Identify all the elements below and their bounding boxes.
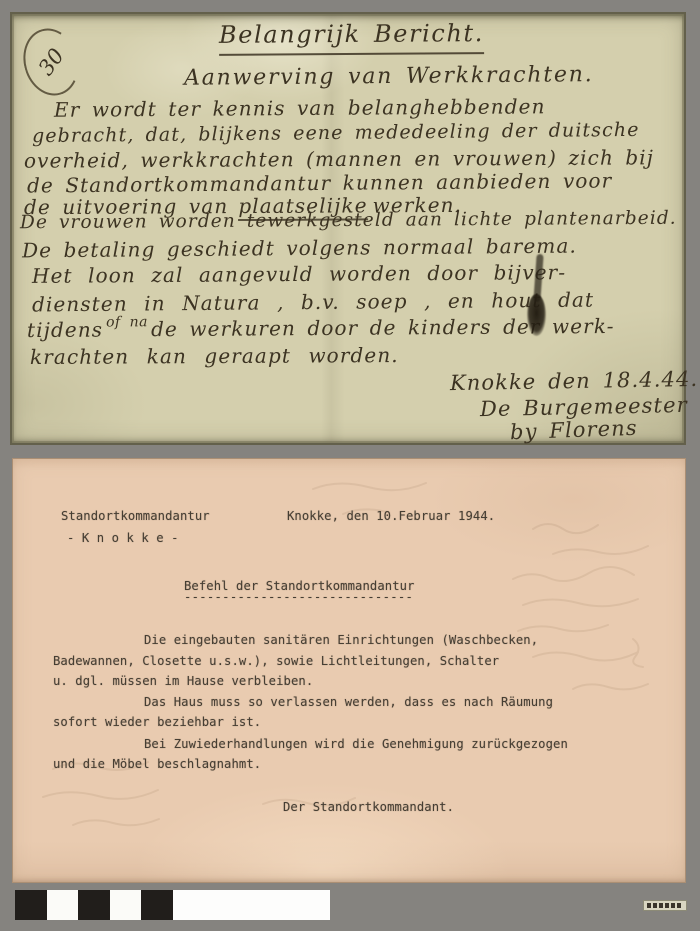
calibration-bar-white	[173, 890, 330, 920]
body-line: De betaling geschiedt volgens normaal ba…	[22, 234, 577, 263]
sender-place: - K n o k k e -	[67, 531, 179, 545]
body-line: krachten kan geraapt worden.	[30, 343, 399, 369]
ink-blot	[527, 294, 546, 336]
archive-number: 30	[33, 44, 68, 80]
typewritten-order-document: Standortkommandantur - K n o k k e - Kno…	[12, 458, 686, 883]
calibration-square-white	[110, 890, 142, 920]
archive-number-mark: 30	[16, 22, 87, 102]
body-line: diensten in Natura , b.v. soep , en hout…	[32, 288, 594, 317]
calibration-scale-bar	[15, 890, 330, 920]
calibration-square-white	[47, 890, 79, 920]
body-line: und die Möbel beschlagnahmt.	[53, 757, 261, 771]
body-line: Das Haus muss so verlassen werden, dass …	[144, 695, 553, 709]
body-line: Er wordt ter kennis van belanghebbenden	[54, 94, 546, 121]
body-line: Die eingebauten sanitären Einrichtungen …	[144, 633, 538, 647]
body-line: Badewannen, Closette u.s.w.), sowie Lich…	[53, 654, 499, 668]
order-heading-underline: ------------------------------	[184, 590, 413, 604]
body-line: Het loon zal aangevuld worden door bijve…	[32, 260, 566, 288]
handwritten-notice-document: 30 Belangrijk Bericht. Aanwerving van We…	[10, 12, 686, 445]
inserted-words: of na	[106, 314, 148, 330]
calibration-square-black	[141, 890, 173, 920]
body-line-fragment: tijdens	[27, 318, 103, 343]
notice-title: Belangrijk Bericht.	[219, 19, 484, 56]
dateline: Knokke den 18.4.44.	[450, 367, 699, 395]
signoff: Der Standortkommandant.	[283, 800, 454, 814]
calibration-square-black	[78, 890, 110, 920]
body-line: gebracht, dat, blijkens eene mededeeling…	[32, 119, 640, 147]
mini-scale-ticks	[647, 903, 683, 908]
notice-subtitle: Aanwerving van Werkkrachten.	[184, 62, 594, 91]
dateline: Knokke, den 10.Februar 1944.	[287, 509, 495, 523]
signature: by Florens	[510, 416, 638, 444]
archival-scan: { "scan": { "background_color": "#85837f…	[0, 0, 700, 931]
mini-scale-label	[643, 900, 687, 911]
body-line: sofort wieder beziehbar ist.	[53, 715, 261, 729]
body-line: u. dgl. müssen im Hause verbleiben.	[53, 674, 313, 688]
calibration-square-black	[15, 890, 47, 920]
body-line: Bei Zuwiederhandlungen wird die Genehmig…	[144, 737, 568, 751]
body-line: De vrouwen worden tewerkgesteld aan lich…	[20, 208, 677, 234]
sender-name: Standortkommandantur	[61, 509, 210, 523]
